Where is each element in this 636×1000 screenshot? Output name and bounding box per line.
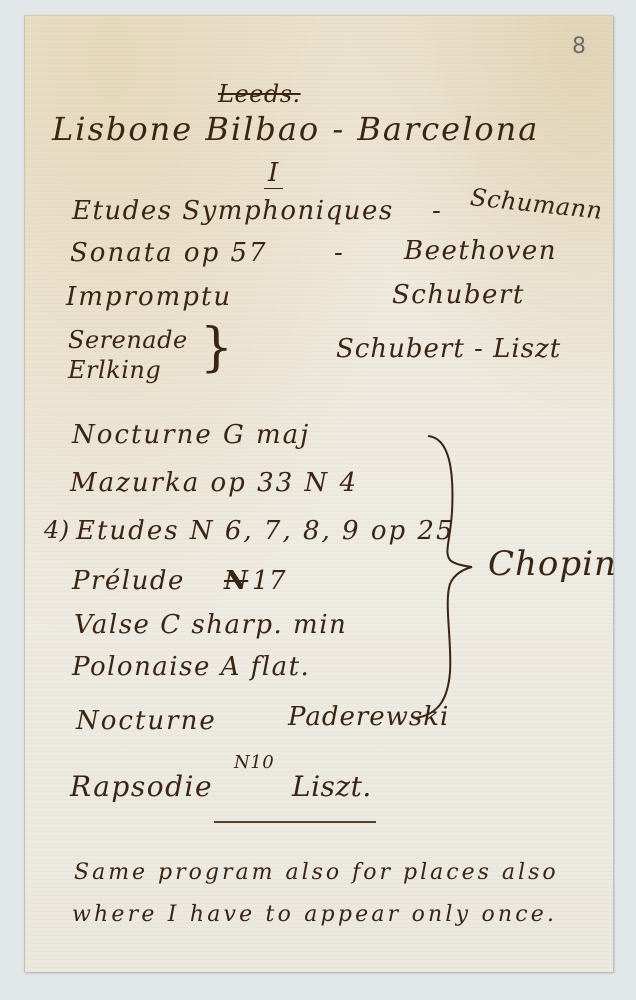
divider-rule (214, 821, 376, 823)
chopin-number: 17 (252, 566, 286, 596)
final-piece: Nocturne (76, 706, 217, 736)
program-piece: Impromptu (66, 282, 232, 312)
section-numeral: I (264, 158, 283, 189)
chopin-piece: Prélude (72, 566, 185, 596)
final-composer: Paderewski (288, 702, 449, 732)
program-separator: - (432, 196, 441, 226)
note-line-1: Same program also for places also (74, 860, 559, 885)
final-piece: Rapsodie (70, 770, 213, 803)
program-separator: - (334, 238, 343, 268)
note-line-2: where I have to appear only once. (72, 902, 557, 927)
chopin-piece: Mazurka op 33 N 4 (70, 468, 358, 498)
chopin-composer: Chopin (488, 544, 617, 584)
program-piece: Sonata op 57 (70, 238, 268, 268)
chopin-prefix: 4) (44, 516, 70, 544)
brace-icon: } (200, 322, 233, 374)
chopin-piece: Etudes N 6, 7, 8, 9 op 25 (76, 516, 455, 546)
final-superscript: N10 (234, 752, 274, 773)
program-composer: Beethoven (404, 236, 557, 266)
chopin-piece: Polonaise A flat. (72, 652, 310, 682)
program-piece: Etudes Symphoniques (72, 196, 394, 226)
chopin-piece: Nocturne G maj (72, 420, 310, 450)
chopin-struck-mark: N (224, 566, 248, 596)
chopin-brace-icon (410, 432, 490, 722)
program-piece: Serenade (68, 326, 188, 354)
program-piece: Erlking (68, 356, 161, 384)
chopin-piece: Valse C sharp. min (74, 610, 347, 640)
struck-city-leeds: Leeds. (218, 80, 301, 108)
final-composer: Liszt. (292, 770, 372, 803)
program-composer: Schubert - Liszt (336, 334, 561, 364)
cities-heading: Lisbone Bilbao - Barcelona (52, 110, 539, 148)
program-composer: Schubert (392, 280, 525, 310)
page-number: 8 (572, 34, 587, 59)
